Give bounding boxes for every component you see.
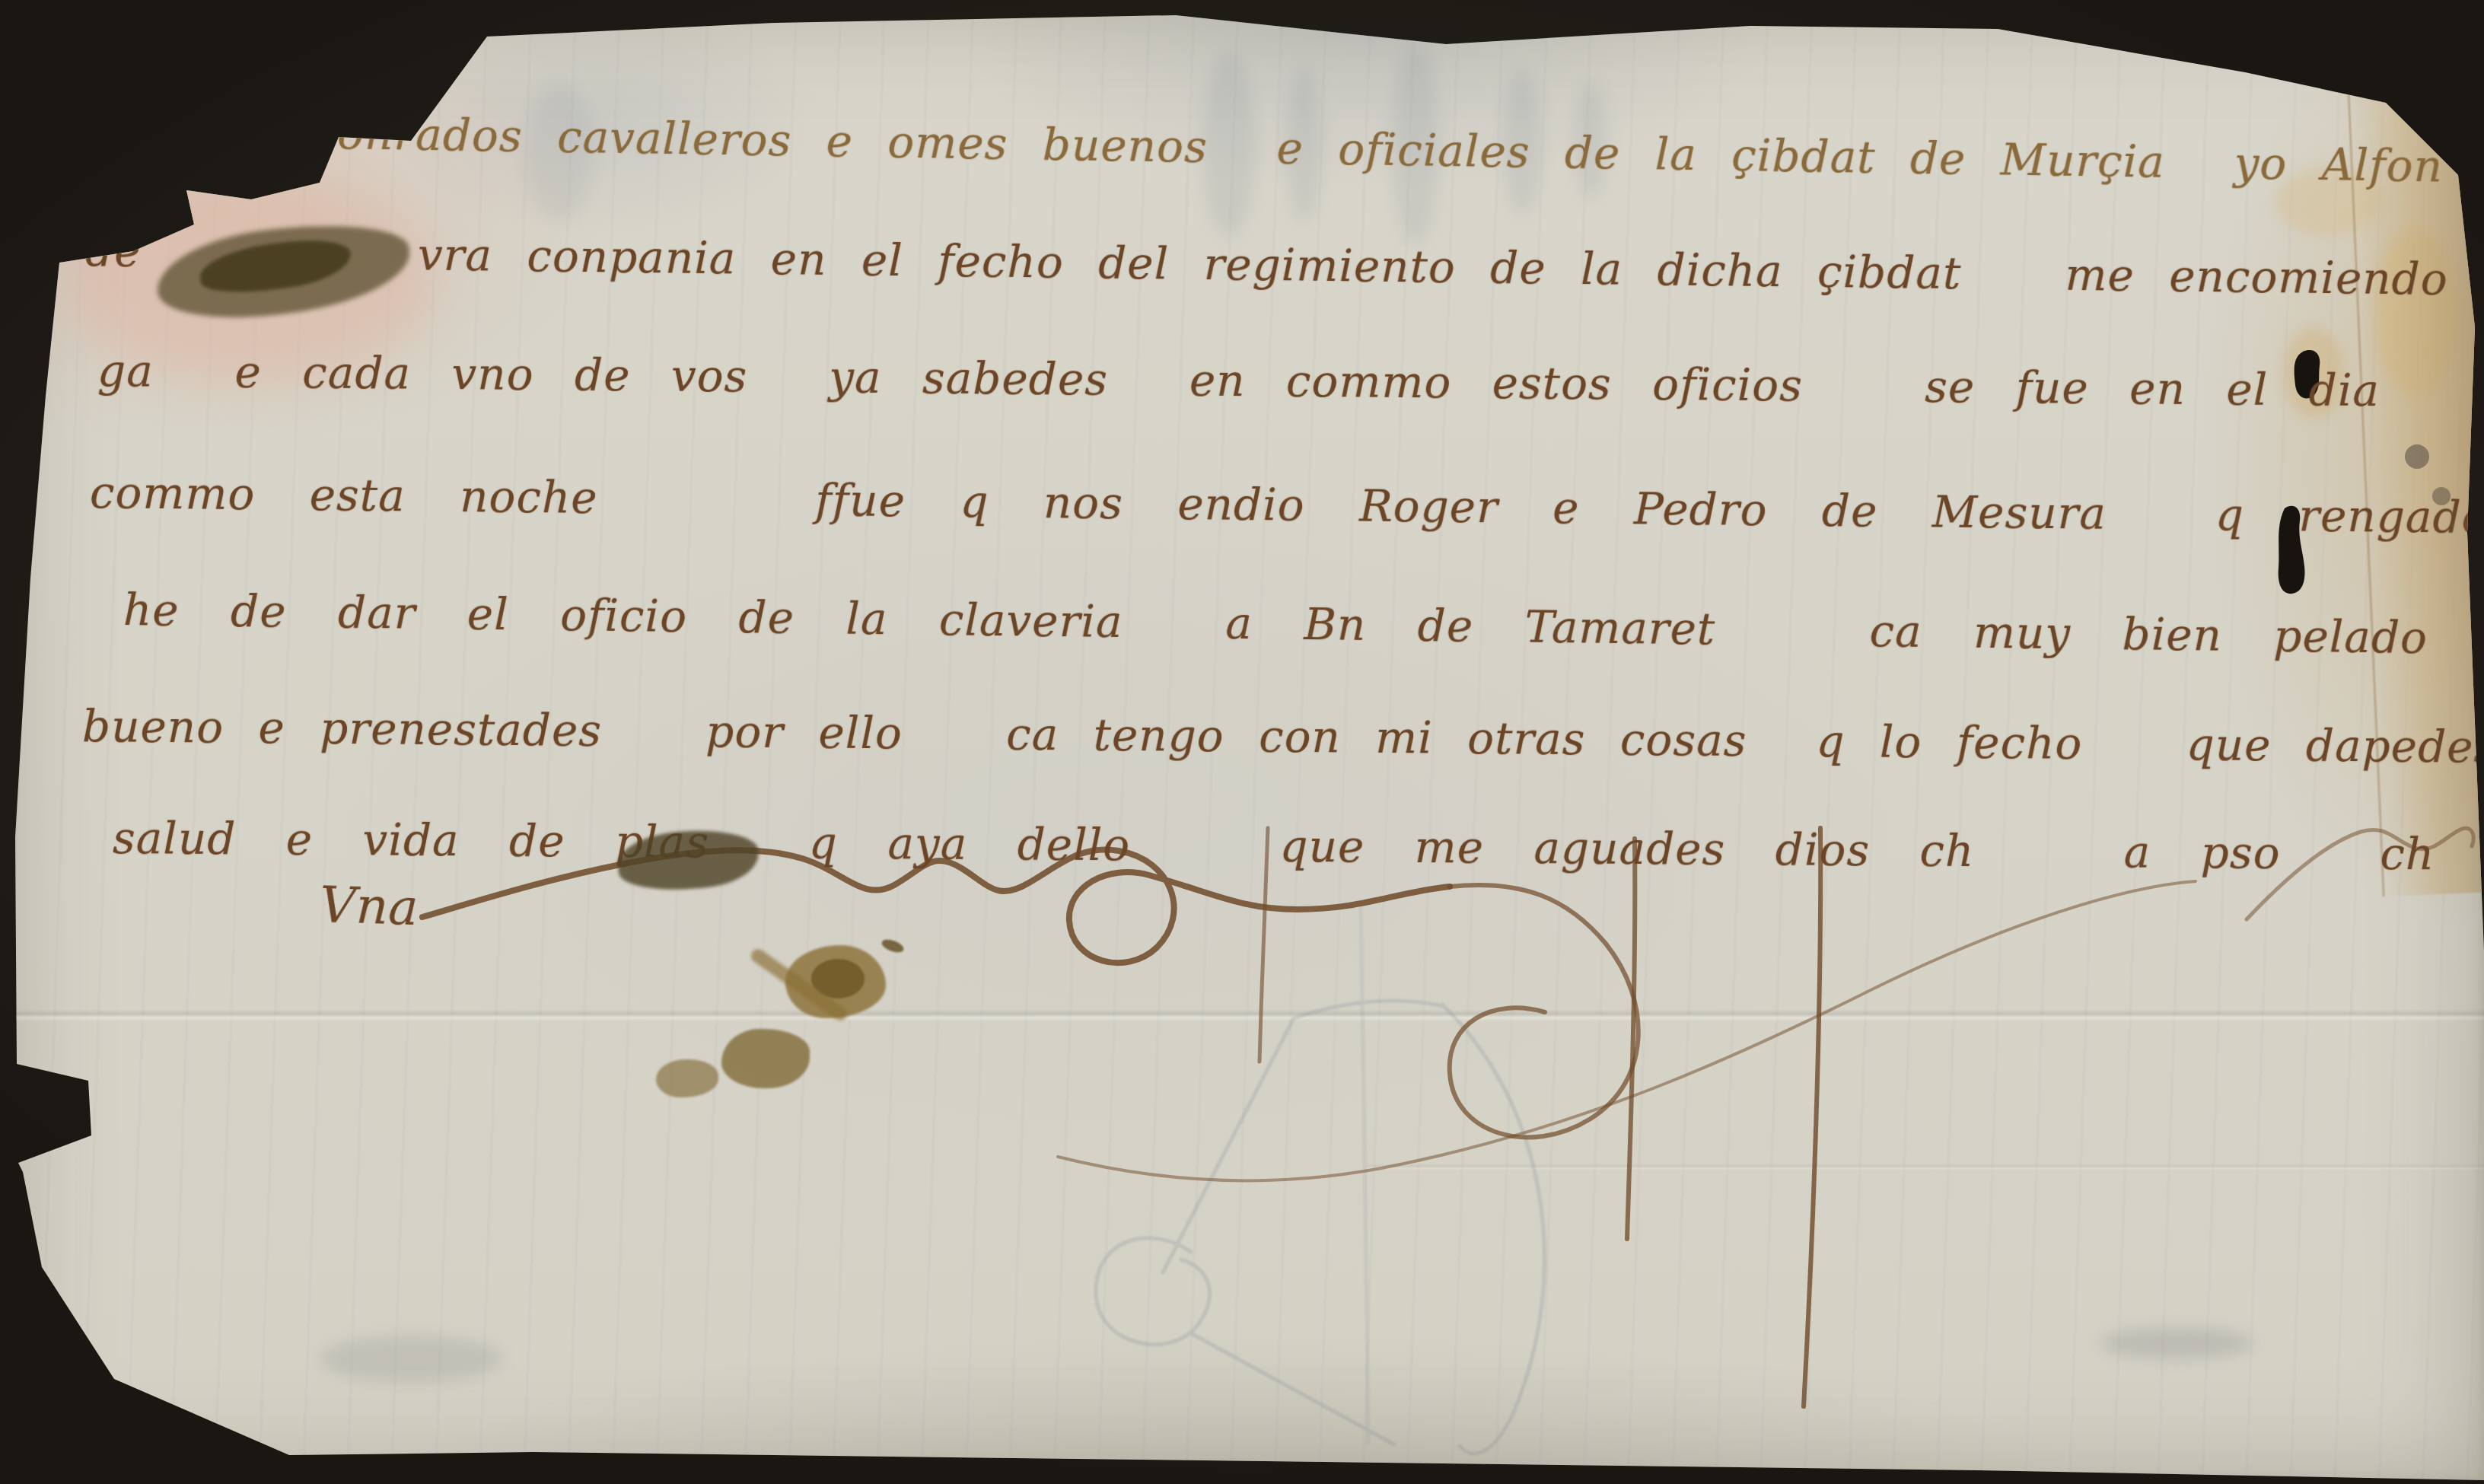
signature-word: Vna — [319, 875, 419, 937]
adhesive-stain — [721, 1029, 810, 1088]
document-scan: A los honrados cavalleros e omes buenos … — [0, 0, 2484, 1484]
signature-rubric-flourish — [422, 828, 2473, 1406]
manuscript-paper: A los honrados cavalleros e omes buenos … — [0, 0, 2484, 1484]
